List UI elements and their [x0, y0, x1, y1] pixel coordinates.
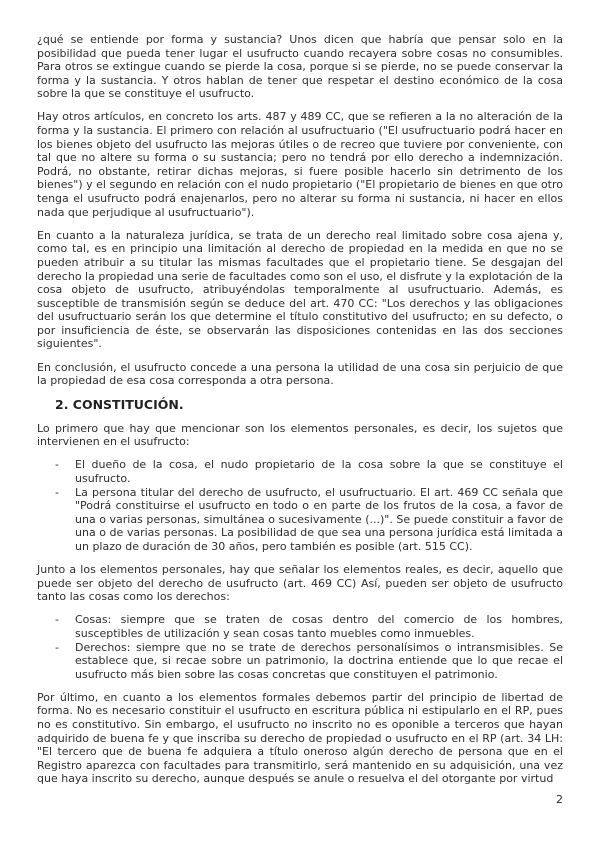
- section-heading-constitucion: 2. CONSTITUCIÓN.: [55, 397, 563, 412]
- list-item: - El dueño de la cosa, el nudo propietar…: [55, 458, 563, 485]
- dash-bullet: -: [55, 486, 75, 500]
- paragraph-arts-487-489: Hay otros artículos, en concreto los art…: [37, 110, 563, 219]
- page-number: 2: [556, 793, 563, 807]
- list-item-text: Cosas: siempre que se traten de cosas de…: [75, 613, 563, 640]
- list-elementos-reales: - Cosas: siempre que se traten de cosas …: [37, 613, 563, 681]
- list-item-text: La persona titular del derecho de usufru…: [75, 486, 563, 554]
- paragraph-elementos-formales: Por último, en cuanto a los elementos fo…: [37, 691, 563, 786]
- list-item: - Cosas: siempre que se traten de cosas …: [55, 613, 563, 640]
- list-item: - La persona titular del derecho de usuf…: [55, 486, 563, 554]
- list-item-text: El dueño de la cosa, el nudo propietario…: [75, 458, 563, 485]
- paragraph-elementos-reales: Junto a los elementos personales, hay qu…: [37, 563, 563, 604]
- paragraph-forma-y-sustancia: ¿qué se entiende por forma y sustancia? …: [37, 33, 563, 101]
- dash-bullet: -: [55, 641, 75, 655]
- paragraph-conclusion: En conclusión, el usufructo concede a un…: [37, 361, 563, 388]
- list-item-text: Derechos: siempre que no se trate de der…: [75, 641, 563, 682]
- dash-bullet: -: [55, 458, 75, 472]
- list-item: - Derechos: siempre que no se trate de d…: [55, 641, 563, 682]
- document-page: ¿qué se entiende por forma y sustancia? …: [0, 0, 599, 848]
- paragraph-naturaleza-juridica: En cuanto a la naturaleza jurídica, se t…: [37, 229, 563, 351]
- list-elementos-personales: - El dueño de la cosa, el nudo propietar…: [37, 458, 563, 553]
- paragraph-elementos-personales: Lo primero que hay que mencionar son los…: [37, 422, 563, 449]
- dash-bullet: -: [55, 613, 75, 627]
